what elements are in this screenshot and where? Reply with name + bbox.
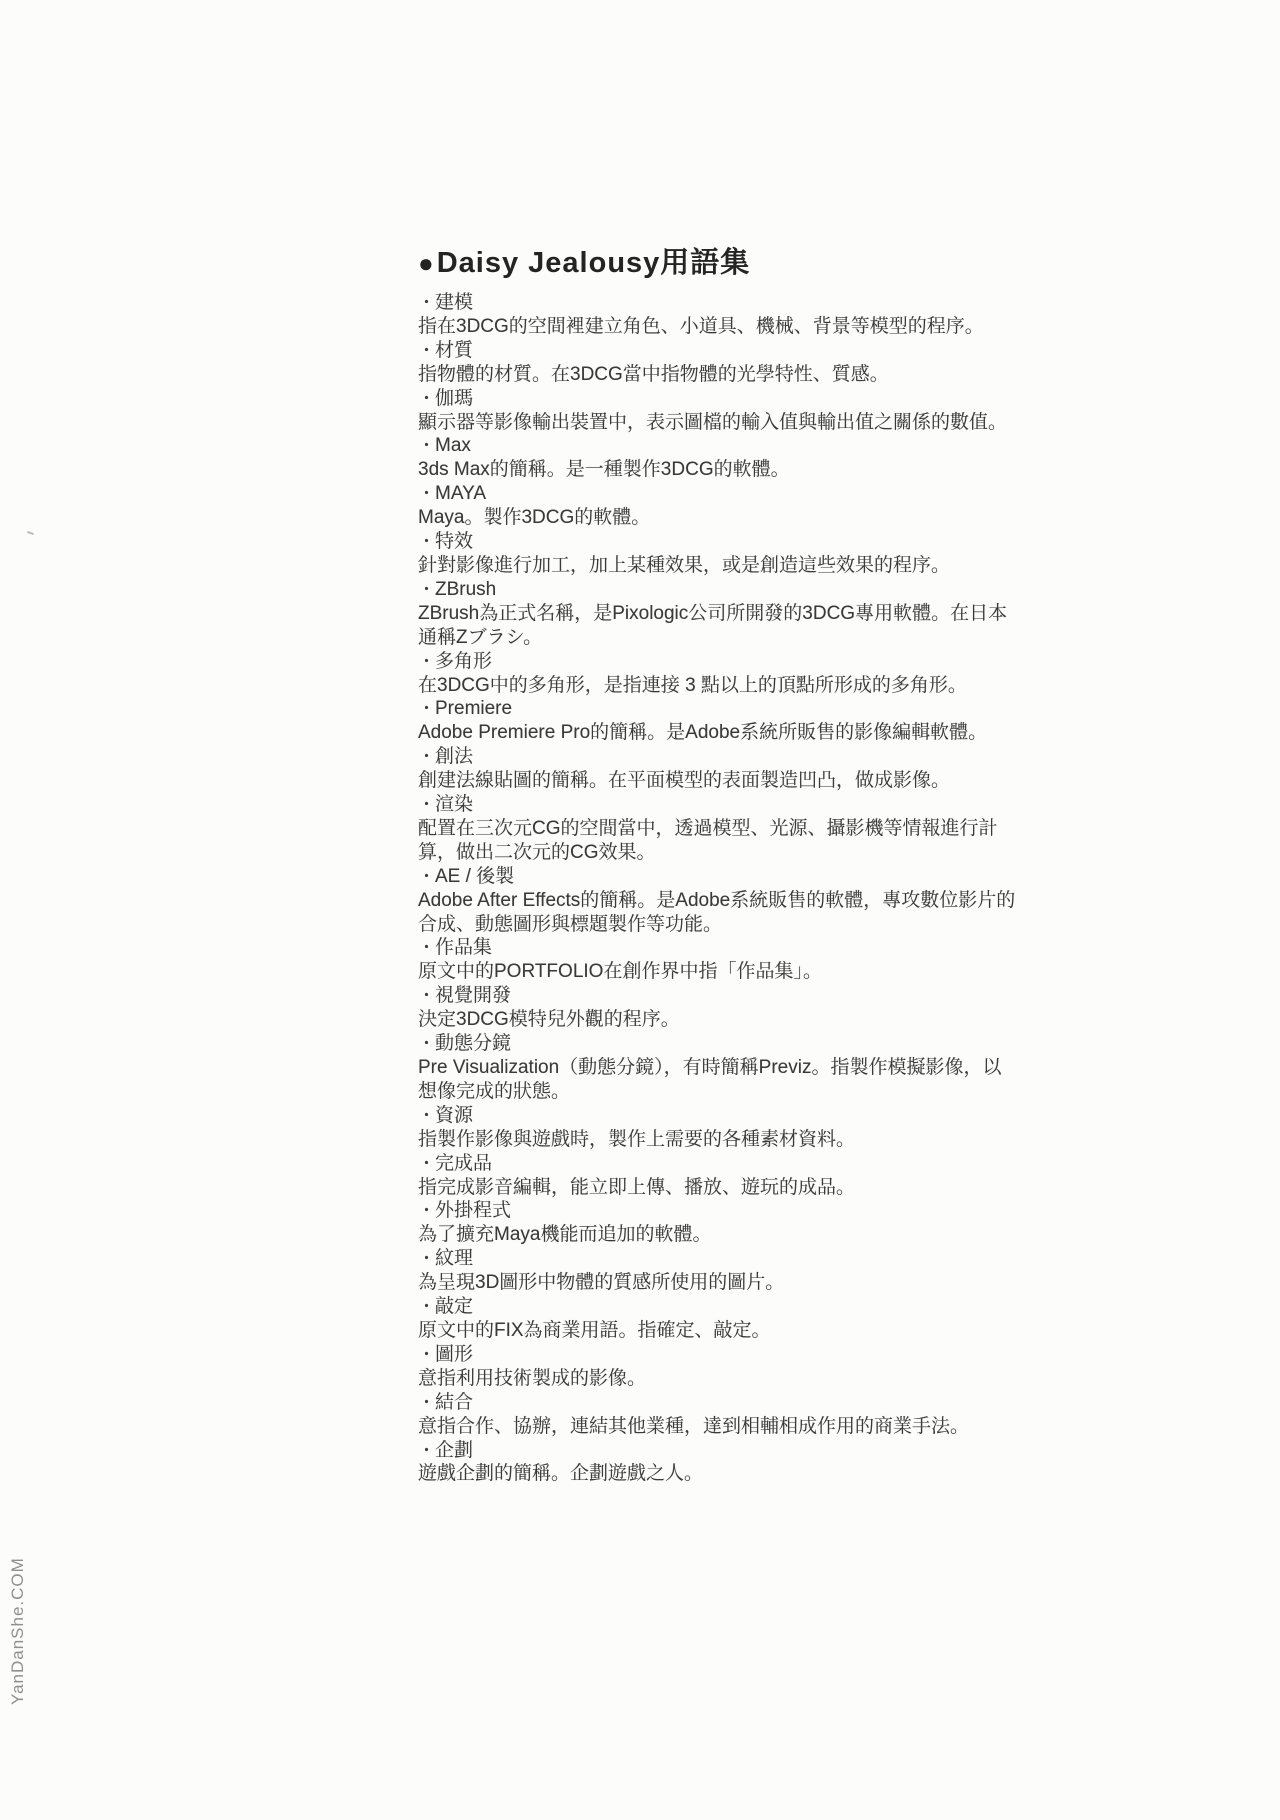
term-line: ・動態分鏡: [418, 1032, 1020, 1056]
term-text: 企劃: [435, 1440, 473, 1461]
term-text: 材質: [435, 340, 473, 361]
term-bullet-icon: ・: [418, 389, 435, 408]
definition-text: 原文中的PORTFOLIO在創作界中指「作品集」。: [418, 960, 1020, 984]
term-bullet-icon: ・: [418, 1249, 435, 1268]
term-text: 渲染: [435, 794, 473, 815]
glossary-entry: ・圖形 意指利用技術製成的影像。: [418, 1343, 1020, 1391]
term-text: 敲定: [435, 1296, 473, 1317]
term-line: ・渲染: [418, 793, 1020, 817]
term-text: 結合: [435, 1392, 473, 1413]
glossary-entry: ・建模 指在3DCG的空間裡建立角色、小道具、機械、背景等模型的程序。: [418, 291, 1020, 339]
definition-text: 指製作影像與遊戲時，製作上需要的各種素材資料。: [418, 1128, 1020, 1152]
term-line: ・完成品: [418, 1152, 1020, 1176]
term-text: 動態分鏡: [435, 1033, 511, 1054]
term-bullet-icon: ・: [418, 1201, 435, 1220]
definition-text: 在3DCG中的多角形，是指連接 3 點以上的頂點所形成的多角形。: [418, 674, 1020, 698]
term-text: 作品集: [435, 937, 492, 958]
glossary-entry: ・結合 意指合作、協辦，連結其他業種，達到相輔相成作用的商業手法。: [418, 1391, 1020, 1439]
glossary-entry: ・材質 指物體的材質。在3DCG當中指物體的光學特性、質感。: [418, 339, 1020, 387]
page-title-text: Daisy Jealousy用語集: [437, 247, 751, 279]
term-line: ・多角形: [418, 650, 1020, 674]
definition-text: Adobe After Effects的簡稱。是Adobe系統販售的軟體，專攻數…: [418, 889, 1020, 937]
term-line: ・建模: [418, 291, 1020, 315]
term-bullet-icon: ・: [418, 1441, 435, 1460]
glossary-entry: ・敲定 原文中的FIX為商業用語。指確定、敲定。: [418, 1295, 1020, 1343]
definition-text: 創建法線貼圖的簡稱。在平面模型的表面製造凹凸，做成影像。: [418, 769, 1020, 793]
term-text: 伽瑪: [435, 388, 473, 409]
glossary-entry: ・渲染 配置在三次元CG的空間當中，透過模型、光源、攝影機等情報進行計算，做出二…: [418, 793, 1020, 865]
glossary-entry: ・MAYA Maya。製作3DCG的軟體。: [418, 482, 1020, 530]
glossary-entry: ・Max 3ds Max的簡稱。是一種製作3DCG的軟體。: [418, 434, 1020, 482]
glossary-entry: ・企劃 遊戲企劃的簡稱。企劃遊戲之人。: [418, 1439, 1020, 1487]
term-line: ・創法: [418, 745, 1020, 769]
term-text: MAYA: [435, 483, 486, 504]
term-line: ・結合: [418, 1391, 1020, 1415]
definition-text: 為了擴充Maya機能而追加的軟體。: [418, 1223, 1020, 1247]
definition-text: 意指利用技術製成的影像。: [418, 1367, 1020, 1391]
term-text: ZBrush: [435, 579, 496, 600]
glossary-entry: ・紋理 為呈現3D圖形中物體的質感所使用的圖片。: [418, 1247, 1020, 1295]
glossary-entry: ・外掛程式 為了擴充Maya機能而追加的軟體。: [418, 1199, 1020, 1247]
term-bullet-icon: ・: [418, 1154, 435, 1173]
glossary-entry: ・特效 針對影像進行加工，加上某種效果，或是創造這些效果的程序。: [418, 530, 1020, 578]
term-bullet-icon: ・: [418, 1106, 435, 1125]
glossary-entry: ・伽瑪 顯示器等影像輸出裝置中，表示圖檔的輸入值與輸出值之關係的數值。: [418, 387, 1020, 435]
term-text: 多角形: [435, 651, 492, 672]
glossary-entry: ・資源 指製作影像與遊戲時，製作上需要的各種素材資料。: [418, 1104, 1020, 1152]
term-bullet-icon: ・: [418, 293, 435, 312]
term-line: ・ZBrush: [418, 578, 1020, 602]
term-bullet-icon: ・: [418, 986, 435, 1005]
term-text: 資源: [435, 1105, 473, 1126]
term-text: 建模: [435, 292, 473, 313]
term-line: ・視覺開發: [418, 984, 1020, 1008]
glossary-entry: ・作品集 原文中的PORTFOLIO在創作界中指「作品集」。: [418, 936, 1020, 984]
term-line: ・作品集: [418, 936, 1020, 960]
term-line: ・伽瑪: [418, 387, 1020, 411]
definition-text: 為呈現3D圖形中物體的質感所使用的圖片。: [418, 1271, 1020, 1295]
term-text: 外掛程式: [435, 1200, 511, 1221]
glossary-list: ・建模 指在3DCG的空間裡建立角色、小道具、機械、背景等模型的程序。 ・材質 …: [418, 291, 1020, 1486]
term-bullet-icon: ・: [418, 652, 435, 671]
term-text: Max: [435, 435, 471, 456]
term-text: 圖形: [435, 1344, 473, 1365]
term-line: ・材質: [418, 339, 1020, 363]
watermark-text: YanDanShe.COM: [8, 1557, 28, 1705]
definition-text: 配置在三次元CG的空間當中，透過模型、光源、攝影機等情報進行計算，做出二次元的C…: [418, 817, 1020, 865]
term-line: ・特效: [418, 530, 1020, 554]
definition-text: Pre Visualization（動態分鏡），有時簡稱Previz。指製作模擬…: [418, 1056, 1020, 1104]
glossary-entry: ・多角形 在3DCG中的多角形，是指連接 3 點以上的頂點所形成的多角形。: [418, 650, 1020, 698]
term-text: 創法: [435, 746, 473, 767]
definition-text: 3ds Max的簡稱。是一種製作3DCG的軟體。: [418, 458, 1020, 482]
definition-text: 顯示器等影像輸出裝置中，表示圖檔的輸入值與輸出值之關係的數值。: [418, 411, 1020, 435]
definition-text: Maya。製作3DCG的軟體。: [418, 506, 1020, 530]
term-text: 完成品: [435, 1153, 492, 1174]
term-bullet-icon: ・: [418, 484, 435, 503]
term-bullet-icon: ・: [418, 1393, 435, 1412]
term-bullet-icon: ・: [418, 436, 435, 455]
term-text: 特效: [435, 531, 473, 552]
document-page: ●Daisy Jealousy用語集 ・建模 指在3DCG的空間裡建立角色、小道…: [0, 0, 1280, 1820]
definition-text: 指物體的材質。在3DCG當中指物體的光學特性、質感。: [418, 363, 1020, 387]
glossary-entry: ・完成品 指完成影音編輯，能立即上傳、播放、遊玩的成品。: [418, 1152, 1020, 1200]
bullet-icon: ●: [418, 248, 435, 278]
definition-text: Adobe Premiere Pro的簡稱。是Adobe系統所販售的影像編輯軟體…: [418, 721, 1020, 745]
glossary-entry: ・AE / 後製 Adobe After Effects的簡稱。是Adobe系統…: [418, 865, 1020, 937]
term-bullet-icon: ・: [418, 1345, 435, 1364]
term-bullet-icon: ・: [418, 1034, 435, 1053]
term-text: 視覺開發: [435, 985, 511, 1006]
term-bullet-icon: ・: [418, 747, 435, 766]
term-line: ・Premiere: [418, 697, 1020, 721]
glossary-entry: ・視覺開發 決定3DCG模特兒外觀的程序。: [418, 984, 1020, 1032]
term-bullet-icon: ・: [418, 532, 435, 551]
term-line: ・AE / 後製: [418, 865, 1020, 889]
term-bullet-icon: ・: [418, 580, 435, 599]
term-text: AE / 後製: [435, 866, 514, 887]
definition-text: ZBrush為正式名稱，是Pixologic公司所開發的3DCG專用軟體。在日本…: [418, 602, 1020, 650]
term-line: ・外掛程式: [418, 1199, 1020, 1223]
term-line: ・MAYA: [418, 482, 1020, 506]
term-line: ・圖形: [418, 1343, 1020, 1367]
term-line: ・資源: [418, 1104, 1020, 1128]
term-line: ・敲定: [418, 1295, 1020, 1319]
glossary-entry: ・創法 創建法線貼圖的簡稱。在平面模型的表面製造凹凸，做成影像。: [418, 745, 1020, 793]
term-text: Premiere: [435, 698, 512, 719]
definition-text: 遊戲企劃的簡稱。企劃遊戲之人。: [418, 1462, 1020, 1486]
term-text: 紋理: [435, 1248, 473, 1269]
definition-text: 指在3DCG的空間裡建立角色、小道具、機械、背景等模型的程序。: [418, 315, 1020, 339]
term-bullet-icon: ・: [418, 938, 435, 957]
scan-artifact: [27, 531, 34, 535]
definition-text: 指完成影音編輯，能立即上傳、播放、遊玩的成品。: [418, 1176, 1020, 1200]
definition-text: 原文中的FIX為商業用語。指確定、敲定。: [418, 1319, 1020, 1343]
glossary-entry: ・ZBrush ZBrush為正式名稱，是Pixologic公司所開發的3DCG…: [418, 578, 1020, 650]
term-line: ・Max: [418, 434, 1020, 458]
term-bullet-icon: ・: [418, 341, 435, 360]
term-bullet-icon: ・: [418, 1297, 435, 1316]
term-line: ・紋理: [418, 1247, 1020, 1271]
glossary-entry: ・動態分鏡 Pre Visualization（動態分鏡），有時簡稱Previz…: [418, 1032, 1020, 1104]
term-bullet-icon: ・: [418, 867, 435, 886]
term-bullet-icon: ・: [418, 699, 435, 718]
term-bullet-icon: ・: [418, 795, 435, 814]
definition-text: 決定3DCG模特兒外觀的程序。: [418, 1008, 1020, 1032]
definition-text: 意指合作、協辦，連結其他業種，達到相輔相成作用的商業手法。: [418, 1415, 1020, 1439]
page-title: ●Daisy Jealousy用語集: [418, 240, 750, 281]
term-line: ・企劃: [418, 1439, 1020, 1463]
definition-text: 針對影像進行加工，加上某種效果，或是創造這些效果的程序。: [418, 554, 1020, 578]
glossary-entry: ・Premiere Adobe Premiere Pro的簡稱。是Adobe系統…: [418, 697, 1020, 745]
